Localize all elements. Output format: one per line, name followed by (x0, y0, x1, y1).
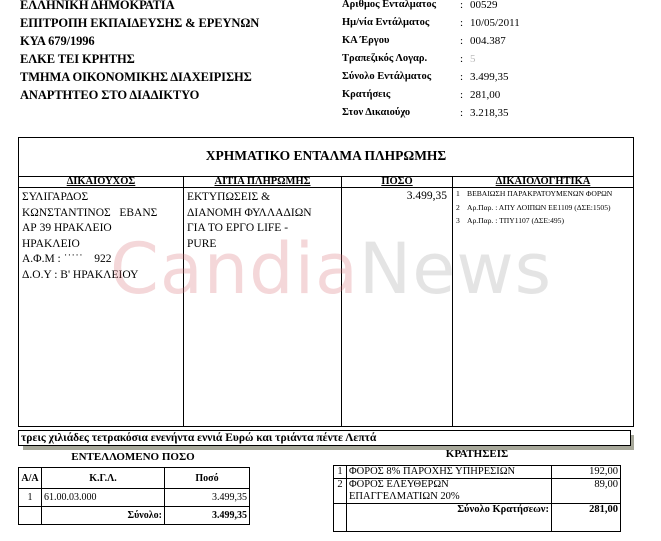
document-item: 1ΒΕΒΑΙΩΣΗ ΠΑΡΑΚΡΑΤΟΥΜΕΝΩΝ ΦΟΡΩΝ (456, 189, 628, 199)
divider (19, 187, 633, 188)
detail-value: 3.218,35 (470, 104, 509, 122)
documents-list: 1ΒΕΒΑΙΩΣΗ ΠΑΡΑΚΡΑΤΟΥΜΕΝΩΝ ΦΟΡΩΝ 2Αρ.Παρ.… (456, 189, 628, 230)
empty-cell (19, 507, 42, 525)
row-amount: 89,00 (552, 479, 621, 504)
detail-to-beneficiary: Στον Δικαιούχο:3.218,35 (342, 104, 520, 122)
detail-label: Τραπεζικός Λογαρ. (342, 50, 460, 68)
column-header-amount: ΠΟΣΟ (342, 176, 452, 187)
table-row: 1 61.00.03.000 3.499,35 (19, 489, 250, 507)
payment-warrant-form: ΧΡΗΜΑΤΙΚΟ ΕΝΤΑΛΜΑ ΠΛΗΡΩΜΗΣ ΔΙΚΑΙΟΥΧΟΣ ΑΙ… (18, 137, 634, 427)
issuer-line: ΤΜΗΜΑ ΟΙΚΟΝΟΜΙΚΗΣ ΔΙΑΧΕΙΡΙΣΗΣ (20, 68, 259, 86)
amount-in-words: τρεις χιλιάδες τετρακόσια ενενήντα εννιά… (18, 430, 631, 446)
total-amount: 3.499,35 (165, 507, 250, 525)
detail-value: 00529 (470, 0, 498, 14)
reason-line: PURE (187, 237, 339, 253)
issuer-line: ΕΠΙΤΡΟΠΗ ΕΚΠΑΙΔΕΥΣΗΣ & ΕΡΕΥΝΩΝ (20, 14, 259, 32)
issuer-header: ΕΛΛΗΝΙΚΗ ΔΗΜΟΚΡΑΤΙΑ ΕΠΙΤΡΟΠΗ ΕΚΠΑΙΔΕΥΣΗΣ… (20, 0, 259, 104)
detail-value: 10/05/2011 (470, 14, 520, 32)
table-row: 1 ΦΟΡΟΣ 8% ΠΑΡΟΧΗΣ ΥΠΗΡΕΣΙΩΝ 192,00 (334, 466, 621, 479)
detail-label: Ημ/νία Εντάλματος (342, 14, 460, 32)
ordered-amount-title: ΕΝΤΕΛΛΟΜΕΝΟ ΠΟΣΟ (20, 451, 246, 463)
column-divider (341, 176, 342, 426)
column-header: Ποσό (165, 468, 250, 489)
column-header: Κ.Γ.Λ. (42, 468, 165, 489)
detail-warrant-total: Σύνολο Εντάλματος:3.499,35 (342, 68, 520, 86)
detail-value: 004.387 (470, 32, 506, 50)
table-total-row: Σύνολο Κρατήσεων: 281,00 (334, 504, 621, 532)
detail-label: Κρατήσεις (342, 86, 460, 104)
column-divider (452, 176, 453, 426)
row-index: 1 (19, 489, 42, 507)
reason-line: ΕΚΤΥΠΩΣΕΙΣ & (187, 190, 339, 206)
detail-label: Σύνολο Εντάλματος (342, 68, 460, 86)
total-label: Σύνολο: (42, 507, 165, 525)
detail-warrant-number: Αριθμος Ενταλματος:00529 (342, 0, 520, 14)
detail-label: Αριθμος Ενταλματος (342, 0, 460, 14)
table-row: 2 ΦΟΡΟΣ ΕΛΕΥΘΕΡΩΝ ΕΠΑΓΓΕΛΜΑΤΙΩΝ 20% 89,0… (334, 479, 621, 504)
detail-deductions: Κρατήσεις:281,00 (342, 86, 520, 104)
warrant-details: Αριθμος Ενταλματος:00529 Ημ/νία Εντάλματ… (342, 0, 520, 122)
document-item: 2Αρ.Παρ. : ΑΠΥ ΛΟΙΠΩΝ ΕΕ1109 (ΔΣΕ:1505) (456, 203, 628, 213)
reason-cell: ΕΚΤΥΠΩΣΕΙΣ & ΔΙΑΝΟΜΗ ΦΥΛΛΑΔΙΩΝ ΓΙΑ ΤΟ ΕΡ… (187, 190, 339, 252)
column-header-reason: ΑΙΤΙΑ ΠΛΗΡΩΜΗΣ (184, 176, 341, 187)
deductions-title: ΚΡΑΤΗΣΕΙΣ (334, 448, 620, 460)
detail-bank-account: Τραπεζικός Λογαρ.:5 (342, 50, 520, 68)
total-label: Σύνολο Κρατήσεων: (347, 504, 552, 532)
issuer-line: ΑΝΑΡΤΗΤΕΟ ΣΤΟ ΔΙΑΔΙΚΤΥΟ (20, 86, 259, 104)
row-description: ΦΟΡΟΣ ΕΛΕΥΘΕΡΩΝ ΕΠΑΓΓΕΛΜΑΤΙΩΝ 20% (347, 479, 552, 504)
deductions-table: 1 ΦΟΡΟΣ 8% ΠΑΡΟΧΗΣ ΥΠΗΡΕΣΙΩΝ 192,00 2 ΦΟ… (333, 465, 621, 532)
total-amount: 281,00 (552, 504, 621, 532)
column-header-beneficiary: ΔΙΚΑΙΟΥΧΟΣ (19, 176, 183, 187)
row-amount: 3.499,35 (165, 489, 250, 507)
row-description: ΦΟΡΟΣ 8% ΠΑΡΟΧΗΣ ΥΠΗΡΕΣΙΩΝ (347, 466, 552, 479)
detail-value: 281,00 (470, 86, 500, 104)
column-header-documents: ΔΙΚΑΙΟΛΟΓΗΤΙΚΑ (453, 176, 633, 187)
ordered-amount-table: Α/Α Κ.Γ.Λ. Ποσό 1 61.00.03.000 3.499,35 … (18, 467, 250, 525)
row-account-code: 61.00.03.000 (42, 489, 165, 507)
beneficiary-line: ΗΡΑΚΛΕΙΟ (22, 237, 180, 253)
table-header-row: Α/Α Κ.Γ.Λ. Ποσό (19, 468, 250, 489)
beneficiary-line: ΑΡ 39 ΗΡΑΚΛΕΙΟ (22, 221, 180, 237)
detail-value: 3.499,35 (470, 68, 509, 86)
detail-label: ΚΑ Έργου (342, 32, 460, 50)
detail-project-code: ΚΑ Έργου:004.387 (342, 32, 520, 50)
document-item: 3Αρ.Παρ. : ΤΠΥ1107 (ΔΣΕ:495) (456, 216, 628, 226)
table-total-row: Σύνολο: 3.499,35 (19, 507, 250, 525)
row-amount: 192,00 (552, 466, 621, 479)
empty-cell (334, 504, 347, 532)
issuer-line: ΚΥΑ 679/1996 (20, 32, 259, 50)
issuer-line: ΕΛΚΕ ΤΕΙ ΚΡΗΤΗΣ (20, 50, 259, 68)
detail-warrant-date: Ημ/νία Εντάλματος:10/05/2011 (342, 14, 520, 32)
beneficiary-line: ΚΩΝΣΤΑΝΤΙΝΟΣ ΕΒΑΝΣ (22, 206, 180, 222)
amount-cell: 3.499,35 (342, 189, 447, 205)
reason-line: ΓΙΑ ΤΟ ΕΡΓΟ LIFE - (187, 221, 339, 237)
beneficiary-line: Δ.Ο.Υ : Β' ΗΡΑΚΛΕΙΟΥ (22, 268, 180, 284)
form-title: ΧΡΗΜΑΤΙΚΟ ΕΝΤΑΛΜΑ ΠΛΗΡΩΜΗΣ (19, 148, 633, 164)
beneficiary-line: Α.Φ.Μ : ˙˙˙˙˙ 922 (22, 252, 180, 268)
row-index: 1 (334, 466, 347, 479)
beneficiary-cell: ΣΥΛΙΓΑΡΔΟΣ ΚΩΝΣΤΑΝΤΙΝΟΣ ΕΒΑΝΣ ΑΡ 39 ΗΡΑΚ… (22, 190, 180, 283)
column-divider (183, 176, 184, 426)
issuer-line: ΕΛΛΗΝΙΚΗ ΔΗΜΟΚΡΑΤΙΑ (20, 0, 259, 14)
row-index: 2 (334, 479, 347, 504)
reason-line: ΔΙΑΝΟΜΗ ΦΥΛΛΑΔΙΩΝ (187, 206, 339, 222)
beneficiary-line: ΣΥΛΙΓΑΡΔΟΣ (22, 190, 180, 206)
detail-label: Στον Δικαιούχο (342, 104, 460, 122)
detail-value: 5 (470, 50, 476, 68)
column-header: Α/Α (19, 468, 42, 489)
